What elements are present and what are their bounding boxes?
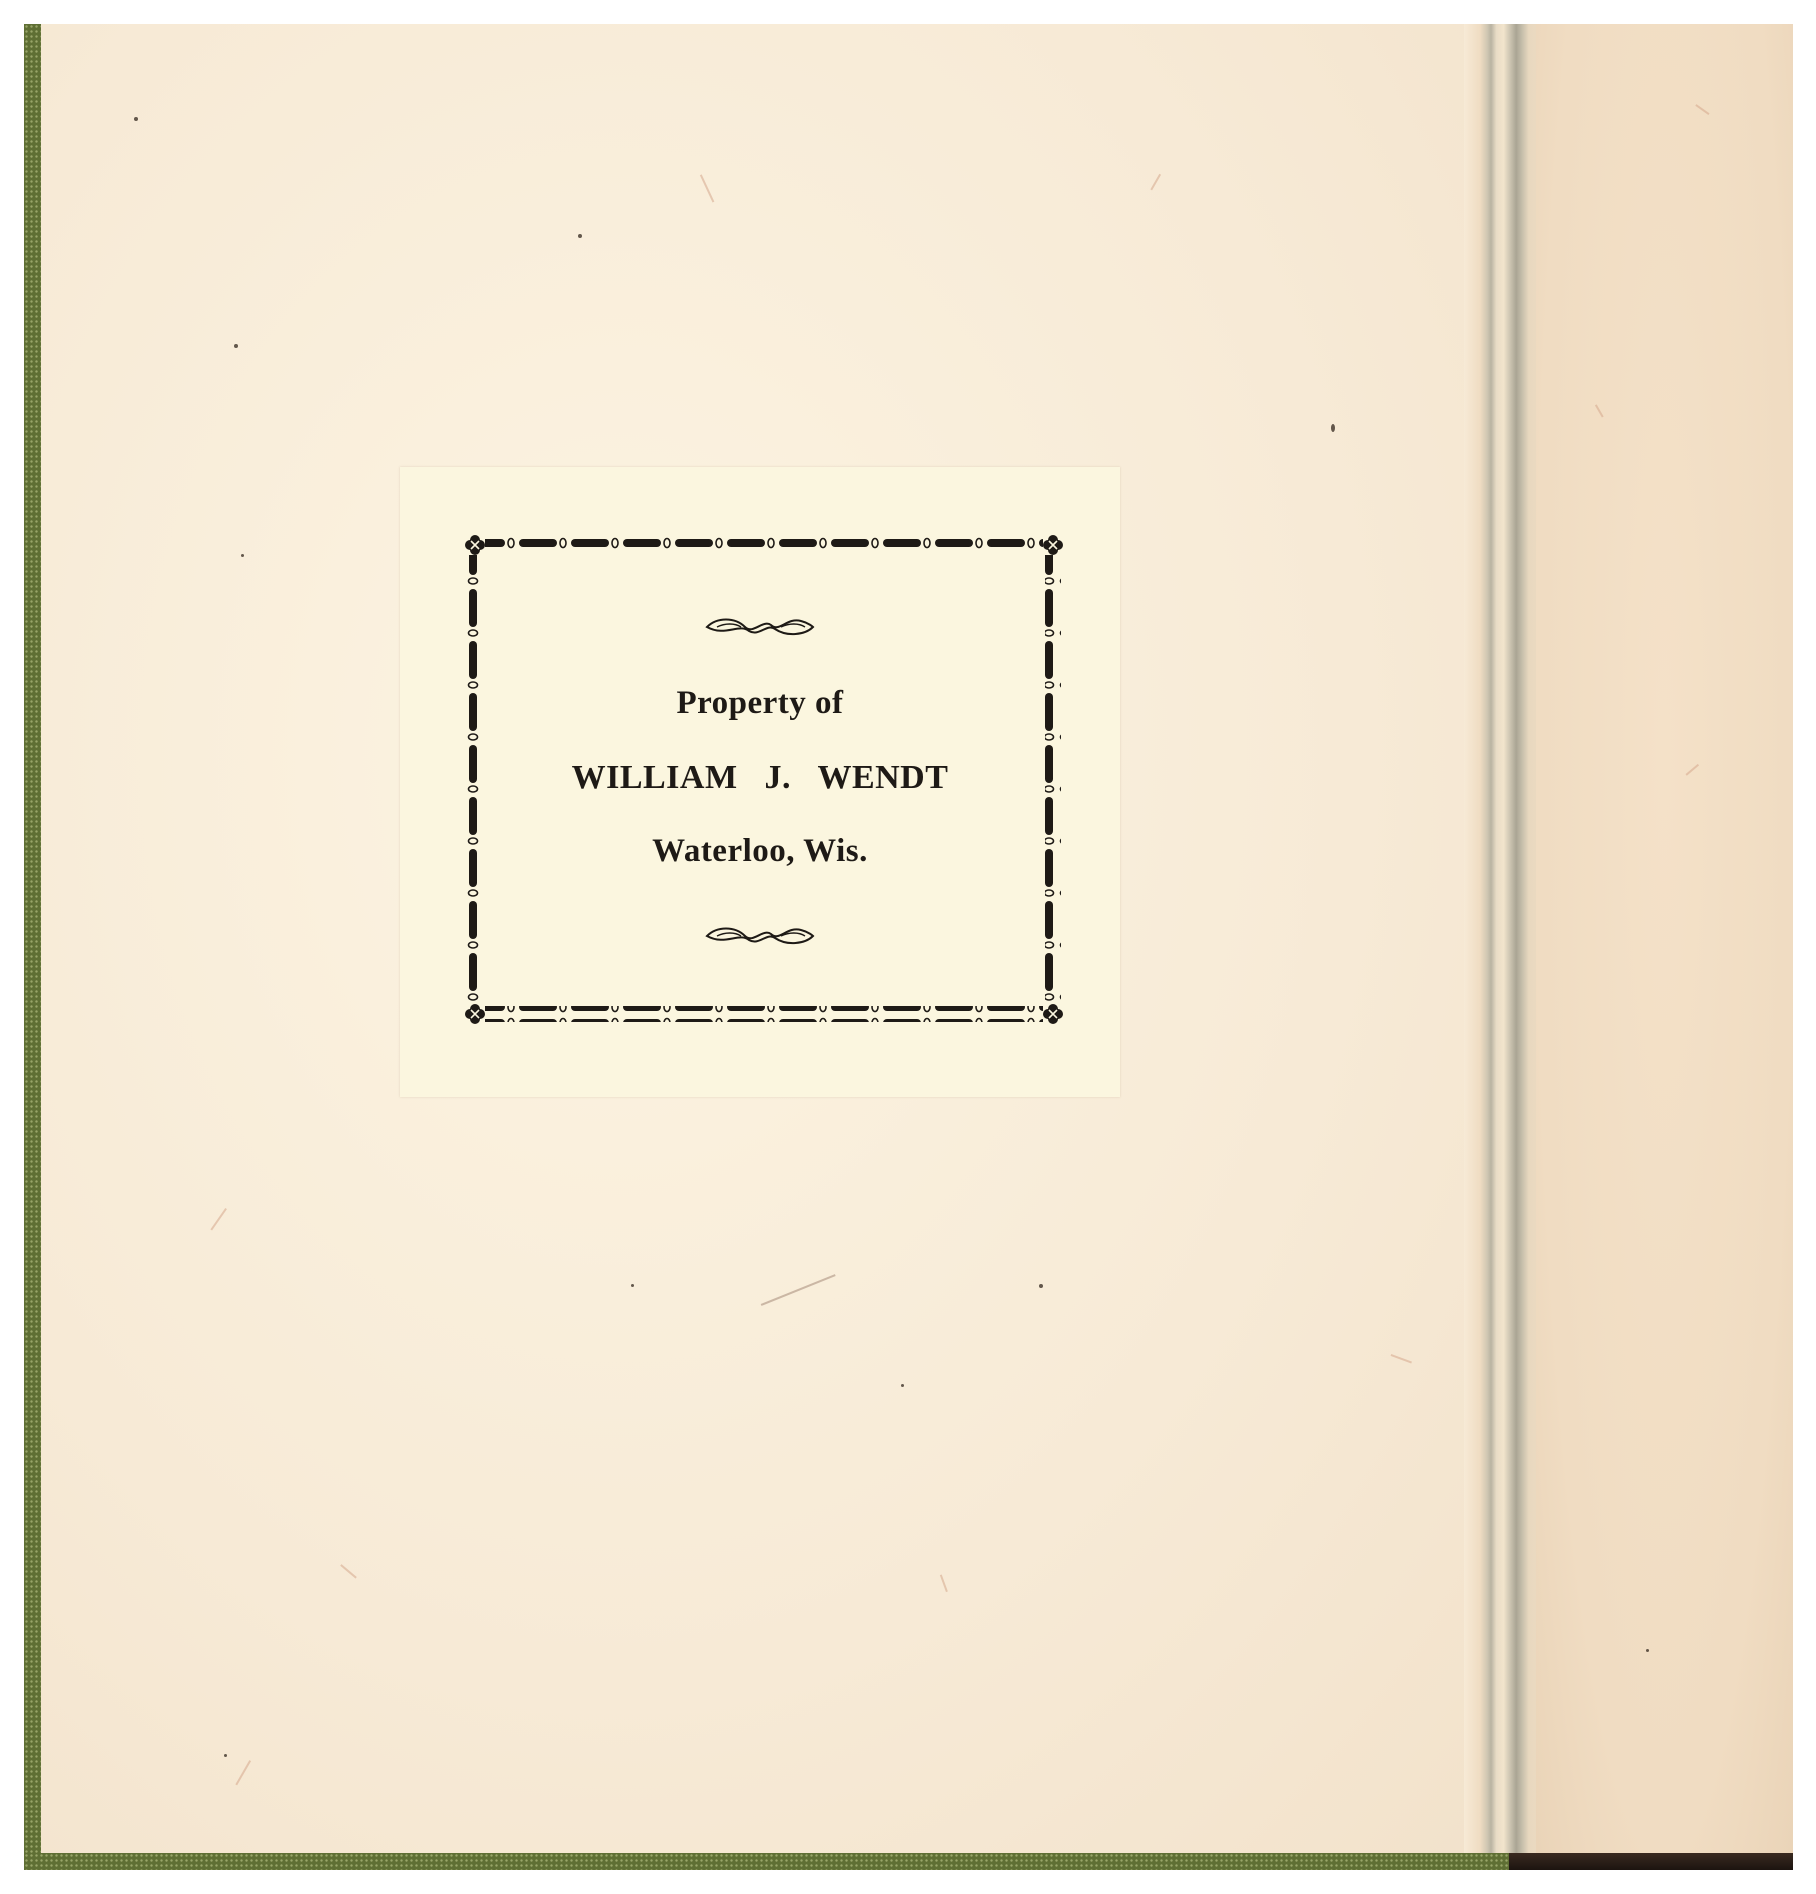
paper-speck <box>1646 1649 1649 1652</box>
bookplate-owner-name: WILLIAM J. WENDT <box>400 759 1120 797</box>
paper-fiber <box>210 1208 226 1230</box>
paper-speck <box>631 1284 634 1287</box>
paper-speck <box>1039 1284 1043 1288</box>
scroll-ornament-top-icon <box>705 615 815 639</box>
paper-fiber <box>341 1564 357 1578</box>
paper-fiber <box>235 1760 250 1785</box>
scroll-ornament-bottom-icon <box>705 924 815 948</box>
right-flyleaf <box>1536 24 1793 1853</box>
paper-speck <box>901 1384 904 1387</box>
paper-speck <box>578 234 582 238</box>
bookplate-line-property-of: Property of <box>400 685 1120 722</box>
green-cloth-edge-bottom <box>24 1853 1509 1870</box>
bookplate-location: Waterloo, Wis. <box>400 833 1120 870</box>
cover-edge-shadow <box>1509 1853 1793 1870</box>
paper-fiber <box>1696 104 1710 114</box>
paper-speck <box>1331 424 1335 432</box>
bookplate: Property of WILLIAM J. WENDT Waterloo, W… <box>400 467 1120 1097</box>
paper-fiber <box>1686 764 1699 775</box>
paper-speck <box>134 117 138 121</box>
paper-fiber <box>700 174 714 202</box>
paper-speck <box>241 554 244 557</box>
paper-speck <box>234 344 238 348</box>
paper-fiber <box>1595 404 1603 417</box>
paper-fiber <box>761 1274 836 1305</box>
paper-speck <box>224 1754 227 1757</box>
paper-fiber <box>1391 1354 1412 1363</box>
green-cloth-edge-left <box>24 24 41 1870</box>
paper-fiber <box>1150 174 1160 190</box>
paper-fiber <box>940 1574 948 1591</box>
